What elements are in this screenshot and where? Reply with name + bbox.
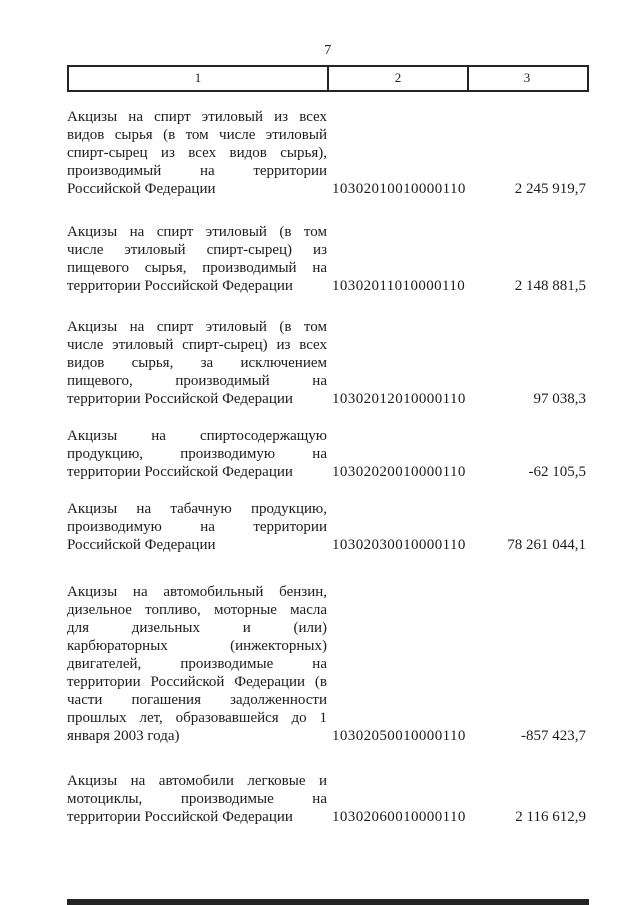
description-line: числе этиловый спирт-сырец) из: [67, 241, 327, 259]
table-row: Акцизы на автомобили легковые имотоциклы…: [67, 772, 589, 826]
row-code: 10302020010000110: [327, 463, 469, 481]
header-cell-3: 3: [467, 67, 585, 90]
description-line: Российской Федерации: [67, 180, 327, 198]
description-line: двигателей, производимые на: [67, 655, 327, 673]
description-line: видов сырья, за исключением: [67, 354, 327, 372]
row-description: Акцизы на спирт этиловый (в томчисле эти…: [67, 223, 327, 295]
table-body: Акцизы на спирт этиловый из всехвидов сы…: [67, 92, 589, 826]
description-line: территории Российской Федерации: [67, 463, 327, 481]
description-line: пищевого, производимый на: [67, 372, 327, 390]
description-line: пищевого сырья, производимый на: [67, 259, 327, 277]
description-line: территории Российской Федерации: [67, 277, 327, 295]
description-line: Акцизы на спирт этиловый (в том: [67, 318, 327, 336]
bottom-table-border: [67, 899, 589, 905]
description-line: территории Российской Федерации (в: [67, 673, 327, 691]
header-cell-1: 1: [69, 67, 327, 90]
table-row: Акцизы на спирт этиловый (в томчисле эти…: [67, 318, 589, 408]
description-line: производимый на территории: [67, 162, 327, 180]
description-line: дизельное топливо, моторные масла: [67, 601, 327, 619]
description-line: спирт-сырец из всех видов сырья),: [67, 144, 327, 162]
page-number: 7: [67, 43, 589, 59]
description-line: числе этиловый спирт-сырец) из всех: [67, 336, 327, 354]
description-line: территории Российской Федерации: [67, 808, 327, 826]
row-description: Акцизы на спирт этиловый из всехвидов сы…: [67, 108, 327, 198]
description-line: мотоциклы, производимые на: [67, 790, 327, 808]
header-cell-2: 2: [327, 67, 467, 90]
description-line: Российской Федерации: [67, 536, 327, 554]
table-header: 1 2 3: [67, 65, 589, 92]
row-amount: -857 423,7: [469, 727, 589, 745]
row-description: Акцизы на табачную продукцию,производиму…: [67, 500, 327, 554]
row-code: 10302011010000110: [327, 277, 469, 295]
row-code: 10302050010000110: [327, 727, 469, 745]
description-line: для дизельных и (или): [67, 619, 327, 637]
description-line: производимую на территории: [67, 518, 327, 536]
description-line: прошлых лет, образовавшейся до 1: [67, 709, 327, 727]
description-line: Акцизы на спиртосодержащую: [67, 427, 327, 445]
description-line: Акцизы на спирт этиловый (в том: [67, 223, 327, 241]
document-page: 7 1 2 3 Акцизы на спирт этиловый из всех…: [0, 0, 640, 905]
table-row: Акцизы на спирт этиловый из всехвидов сы…: [67, 108, 589, 198]
row-amount: 2 116 612,9: [469, 808, 589, 826]
row-description: Акцизы на автомобили легковые имотоциклы…: [67, 772, 327, 826]
description-line: карбюраторных (инжекторных): [67, 637, 327, 655]
description-line: Акцизы на табачную продукцию,: [67, 500, 327, 518]
description-line: видов сырья (в том числе этиловый: [67, 126, 327, 144]
description-line: территории Российской Федерации: [67, 390, 327, 408]
table-row: Акцизы на автомобильный бензин,дизельное…: [67, 583, 589, 745]
row-description: Акцизы на спиртосодержащуюпродукцию, про…: [67, 427, 327, 481]
table-row: Акцизы на табачную продукцию,производиму…: [67, 500, 589, 554]
row-amount: 2 148 881,5: [469, 277, 589, 295]
row-amount: 2 245 919,7: [469, 180, 589, 198]
row-code: 10302030010000110: [327, 536, 469, 554]
row-amount: 97 038,3: [469, 390, 589, 408]
description-line: части погашения задолженности: [67, 691, 327, 709]
row-amount: -62 105,5: [469, 463, 589, 481]
table-row: Акцизы на спиртосодержащуюпродукцию, про…: [67, 427, 589, 481]
table-row: Акцизы на спирт этиловый (в томчисле эти…: [67, 223, 589, 295]
row-code: 10302012010000110: [327, 390, 469, 408]
description-line: января 2003 года): [67, 727, 327, 745]
description-line: Акцизы на спирт этиловый из всех: [67, 108, 327, 126]
row-description: Акцизы на спирт этиловый (в томчисле эти…: [67, 318, 327, 408]
row-description: Акцизы на автомобильный бензин,дизельное…: [67, 583, 327, 745]
row-code: 10302010010000110: [327, 180, 469, 198]
description-line: Акцизы на автомобильный бензин,: [67, 583, 327, 601]
description-line: Акцизы на автомобили легковые и: [67, 772, 327, 790]
description-line: продукцию, производимую на: [67, 445, 327, 463]
row-amount: 78 261 044,1: [469, 536, 589, 554]
row-code: 10302060010000110: [327, 808, 469, 826]
